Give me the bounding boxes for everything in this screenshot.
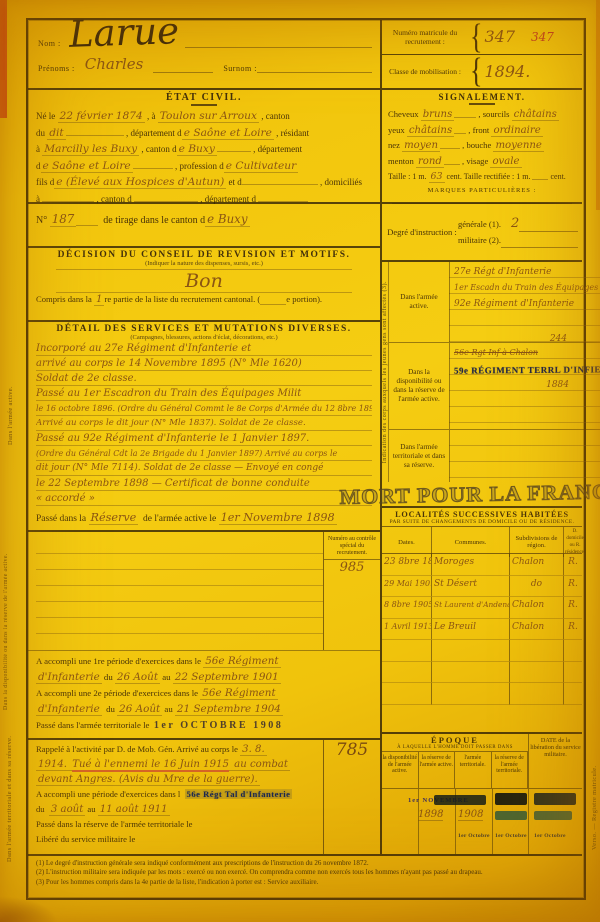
localites-cell-dr: R. bbox=[564, 554, 582, 576]
text-segment: cent. bbox=[548, 172, 565, 181]
degre-generale-value: 2 bbox=[511, 216, 519, 232]
localites-cell-empty bbox=[432, 640, 510, 662]
localites-cell-subdivision: Chalon bbox=[510, 554, 564, 576]
text-segment: du bbox=[102, 672, 115, 682]
text-segment bbox=[76, 215, 98, 226]
localites-cell-commune: St Désert bbox=[432, 576, 510, 598]
localites-title-block: LOCALITÉS SUCCESSIVES HABITÉES PAR SUITE… bbox=[382, 508, 582, 527]
signalement-row: menton rond , visage ovale bbox=[388, 154, 576, 170]
text-segment: au bbox=[160, 672, 173, 682]
epoque-col-2: la réserve de l'armée active. bbox=[419, 752, 456, 788]
document-frame: Nom : Larue Prénoms : Charles Surnom : N… bbox=[26, 18, 586, 900]
tue-line: 1914. Tué à l'ennemi le 16 Juin 1915 au … bbox=[36, 757, 319, 772]
corps-territoriale: Dans l'armée territoriale et dans sa rés… bbox=[389, 430, 600, 482]
photo-edge bbox=[0, 0, 5, 80]
services-line: Passé au 1er Escadron du Train des Équip… bbox=[36, 386, 372, 401]
text-segment: Taille : 1 m. bbox=[388, 172, 429, 181]
text-segment: d'Infanterie bbox=[36, 671, 102, 684]
territoriale-text: Rappelé à l'activité par D. de Mob. Gén.… bbox=[28, 740, 323, 854]
ruled-blank-area bbox=[36, 538, 323, 646]
prenoms-value: Charles bbox=[85, 55, 144, 73]
obscured-stamp-green bbox=[534, 811, 572, 820]
corps-terr-entries bbox=[449, 430, 600, 482]
localites-cell-empty bbox=[564, 662, 582, 684]
text-segment: du bbox=[102, 704, 117, 714]
text-segment: au bbox=[85, 804, 97, 814]
text-segment: , visage bbox=[460, 156, 491, 166]
text-segment: , département d bbox=[124, 128, 182, 138]
corps-side-strip: Indication des corps auxquels les jeunes… bbox=[382, 262, 389, 482]
text-segment: au bbox=[162, 704, 175, 714]
octobre-stamp: 1er Octobre bbox=[495, 833, 527, 839]
text-segment: 187 bbox=[50, 212, 77, 227]
margin-label-armee-active: Dans l'armée active. bbox=[7, 332, 14, 500]
text-segment bbox=[242, 174, 318, 185]
right-column: SIGNALEMENT. Cheveux bruns , sourcils ch… bbox=[380, 90, 582, 854]
text-segment: re partie de la liste du recrutement can… bbox=[104, 294, 260, 304]
matricule-value-red: 347 bbox=[531, 30, 554, 44]
section-degre-instruction: Degré d'instruction : générale (1). 2 mi… bbox=[382, 202, 582, 260]
tirage-line: N° 187 de tirage dans le canton de Buxy bbox=[36, 212, 372, 226]
text-segment: de l'armée active le bbox=[138, 514, 218, 524]
section-periodes: A accompli une 1re période d'exercices d… bbox=[28, 650, 380, 738]
obscured-stamp-green bbox=[495, 811, 527, 820]
text-segment: , bouche bbox=[460, 140, 493, 150]
text-segment: du bbox=[36, 128, 47, 138]
text-segment: d bbox=[36, 161, 41, 171]
numero-rappel-column: 785 bbox=[323, 740, 380, 854]
text-segment: e Buxy bbox=[205, 212, 249, 227]
text-segment bbox=[454, 107, 476, 118]
degre-militaire-label: militaire (2). bbox=[458, 232, 501, 248]
text-segment: ovale bbox=[490, 156, 521, 168]
text-segment: , canton bbox=[259, 111, 290, 121]
passe-reserve-line: Passé dans la Réserve de l'armée active … bbox=[28, 506, 380, 530]
numero-controle-header: Numéro au contrôle spécial du recrutemen… bbox=[324, 532, 380, 560]
epoque-col-1: la disponibilité de l'armée active. bbox=[382, 752, 419, 788]
localites-title: LOCALITÉS SUCCESSIVES HABITÉES bbox=[382, 510, 582, 519]
localites-cell-dr: R. bbox=[564, 619, 582, 641]
text-segment: yeux bbox=[388, 125, 407, 135]
epoque-header: ÉPOQUE À LAQUELLE L'HOMME DOIT PASSER DA… bbox=[382, 734, 582, 788]
obscured-stamp bbox=[434, 795, 486, 805]
obscured-stamp bbox=[495, 793, 527, 805]
text-segment: 21 Septembre 1904 bbox=[175, 703, 283, 716]
footnotes: (1) Le degré d'instruction générale sera… bbox=[28, 854, 582, 898]
photo-edge bbox=[596, 0, 600, 210]
localites-cell-empty bbox=[432, 683, 510, 705]
decision-value: Bon bbox=[56, 269, 352, 293]
text-segment: 26 Août bbox=[117, 703, 162, 716]
etat-civil-line: à Marcilly les Buxy , canton de Buxy , d… bbox=[36, 141, 372, 158]
corps-active-label: Dans l'armée active. bbox=[389, 293, 449, 311]
corps-entry: 92e Régiment d'Infanterie bbox=[454, 296, 600, 312]
text-segment: 26 Août bbox=[115, 671, 160, 684]
corps-entry: 56e Rgt Inf à Chalon bbox=[454, 345, 600, 361]
text-segment: devant Angres. (Avis du Mre de la guerre… bbox=[36, 774, 260, 786]
matricule-box: Numéro matricule du recrutement : { 347 … bbox=[382, 20, 582, 55]
epoque-header-left: ÉPOQUE À LAQUELLE L'HOMME DOIT PASSER DA… bbox=[382, 734, 528, 788]
localites-cell-subdivision: Chalon bbox=[510, 597, 564, 619]
text-segment: e Saône et Loire bbox=[41, 159, 133, 173]
text-segment: 1er OCTOBRE 1908 bbox=[154, 720, 284, 731]
libere-label: Libéré du service militaire le bbox=[36, 832, 319, 847]
nom-row: Nom : Larue bbox=[38, 26, 372, 48]
degre-generale-label: générale (1). bbox=[458, 216, 501, 232]
localites-body: 23 8bre 1898 Moroges Chalon R. 29 Mai 19… bbox=[382, 554, 582, 732]
text-segment bbox=[444, 154, 460, 165]
classe-label: Classe de mobilisation : bbox=[382, 67, 468, 76]
epoque-body: 1er NOVEMBRE 1898 1908 1er Octobre 1er O… bbox=[382, 788, 582, 854]
localites-cell-empty bbox=[382, 640, 432, 662]
text-segment bbox=[134, 191, 198, 202]
surnom-label: Surnom : bbox=[223, 64, 257, 73]
decision-title: DÉCISION DU CONSEIL DE REVISION ET MOTIF… bbox=[36, 250, 372, 260]
section-disponibilite: Numéro au contrôle spécial du recrutemen… bbox=[28, 530, 380, 650]
text-segment bbox=[532, 169, 548, 180]
services-line: (Ordre du Général Cdt la 2e Brigade du 1… bbox=[36, 446, 372, 461]
text-segment bbox=[217, 141, 251, 152]
services-line: Soldat de 2e classe. bbox=[36, 371, 372, 386]
matricule-label: Numéro matricule du recrutement : bbox=[382, 28, 468, 46]
corps-entry: 1er Escadn du Train des Équipages bbox=[454, 280, 600, 296]
text-segment: bruns bbox=[421, 109, 455, 121]
localites-cell-date: 8 8bre 1905 bbox=[382, 597, 432, 619]
text-segment: Tué à l'ennemi le 16 Juin 1915 bbox=[72, 759, 229, 772]
periode-territoriale-line: A accompli une période d'exercices dans … bbox=[36, 787, 319, 802]
text-segment: Passé dans l'armée territoriale le bbox=[36, 720, 154, 730]
passe-reserve-territoriale-label: Passé dans la réserve de l'armée territo… bbox=[36, 817, 319, 832]
margin-label-disponibilite: Dans la disponibilité ou dans la réserve… bbox=[3, 518, 9, 746]
decision-subtitle: (Indiquer la nature des dispenses, sursi… bbox=[36, 260, 372, 267]
text-segment: e portion). bbox=[286, 294, 322, 304]
text-segment: moyen bbox=[402, 140, 440, 152]
section-epoque: ÉPOQUE À LAQUELLE L'HOMME DOIT PASSER DA… bbox=[382, 732, 582, 854]
divider bbox=[191, 104, 217, 106]
text-segment: e Saône et Loire bbox=[182, 126, 274, 140]
localites-col-subdivisions: Subdivisions de région. bbox=[510, 527, 564, 557]
obscured-stamp bbox=[534, 793, 576, 805]
text-segment: du bbox=[36, 804, 49, 814]
text-segment: N° bbox=[36, 215, 50, 226]
rule-line bbox=[501, 235, 578, 248]
etat-civil-line: du dit , département de Saône et Loire ,… bbox=[36, 125, 372, 142]
localites-cell-empty bbox=[564, 683, 582, 705]
nom-label: Nom : bbox=[38, 39, 61, 48]
rule-line bbox=[185, 35, 372, 48]
text-segment: 3. 8. bbox=[240, 744, 267, 756]
etat-civil-line: de Saône et Loire , profession de Cultiv… bbox=[36, 158, 372, 175]
localites-cell-date: 1 Avril 1913 bbox=[382, 619, 432, 641]
signalement-row: yeux châtains , front ordinaire bbox=[388, 123, 576, 139]
nom-value: Larue bbox=[68, 16, 179, 50]
localites-cell-dr: R. bbox=[564, 597, 582, 619]
localites-cell-date: 29 Mai 1901 bbox=[382, 576, 432, 598]
periode-line: A accompli une 2e période d'exercices da… bbox=[36, 685, 372, 701]
localites-cell-subdivision: Chalon bbox=[510, 619, 564, 641]
prenoms-label: Prénoms : bbox=[38, 64, 75, 73]
text-segment: Rappelé à l'activité par D. de Mob. Gén.… bbox=[36, 744, 240, 754]
text-segment: A accompli une 1re période d'exercices d… bbox=[36, 656, 203, 666]
marques-label: MARQUES PARTICULIÈRES : bbox=[388, 187, 576, 194]
epoque-subtitle: À LAQUELLE L'HOMME DOIT PASSER DANS bbox=[382, 745, 528, 752]
services-subtitle: (Campagnes, blessures, actions d'éclat, … bbox=[36, 334, 372, 341]
services-line: Incorporé au 27e Régiment d'Infanterie e… bbox=[36, 341, 372, 356]
localites-col-dates: Dates. bbox=[382, 527, 432, 557]
classe-box: Classe de mobilisation : { 1894. bbox=[382, 55, 582, 89]
localites-subtitle: PAR SUITE DE CHANGEMENTS DE DOMICILE OU … bbox=[382, 519, 582, 525]
rappel-line: Rappelé à l'activité par D. de Mob. Gén.… bbox=[36, 742, 319, 757]
text-segment: , domiciliés bbox=[318, 177, 362, 187]
corps-active-entries: 27e Régt d'Infanterie 1er Escadn du Trai… bbox=[449, 262, 600, 342]
localites-header-row: Dates. Communes. Subdivisions de région.… bbox=[382, 527, 582, 554]
text-segment: fils d bbox=[36, 177, 54, 187]
rule-line bbox=[257, 60, 372, 73]
signalement-taille-row: Taille : 1 m. 63 cent. Taille rectifiée … bbox=[388, 169, 576, 185]
table-rule bbox=[492, 789, 493, 854]
octobre-stamp: 1er Octobre bbox=[458, 833, 490, 839]
corps-main: Dans l'armée active. 27e Régt d'Infanter… bbox=[389, 262, 600, 482]
text-segment: , département bbox=[251, 144, 302, 154]
text-segment bbox=[440, 138, 460, 149]
services-line: le 16 octobre 1896. (Ordre du Général Co… bbox=[36, 401, 372, 416]
localites-cell-empty bbox=[510, 662, 564, 684]
section-territoriale: Rappelé à l'activité par D. de Mob. Gén.… bbox=[28, 738, 380, 854]
text-segment: 56e Régiment bbox=[203, 655, 280, 668]
table-rule bbox=[528, 789, 529, 854]
text-segment: e Buxy bbox=[177, 142, 217, 156]
text-segment: , canton d bbox=[139, 144, 177, 154]
signalement-title: SIGNALEMENT. bbox=[388, 92, 576, 102]
localites-col-dr: D. domicile ou R. résidence. bbox=[564, 527, 586, 557]
divider bbox=[469, 103, 495, 105]
text-segment: d'Infanterie bbox=[36, 703, 102, 716]
footnote-2: (2) L'instruction militaire sera indiqué… bbox=[36, 868, 574, 877]
services-line: le 22 Septembre 1898 — Certificat de bon… bbox=[36, 476, 372, 491]
text-segment: ordinaire bbox=[491, 125, 542, 137]
text-segment bbox=[133, 158, 173, 169]
periode-line: d'Infanterie du 26 Août au 21 Septembre … bbox=[36, 701, 372, 717]
localites-cell-commune: St Laurent d'Andenay bbox=[432, 597, 510, 619]
text-segment: et d bbox=[226, 177, 242, 187]
text-segment bbox=[66, 125, 124, 136]
text-segment: Passé dans la bbox=[36, 514, 89, 524]
text-segment: cent. Taille rectifiée : 1 m. bbox=[445, 172, 533, 181]
text-segment bbox=[260, 294, 286, 305]
numero-rappel-value: 785 bbox=[324, 740, 380, 760]
corps-dispo-label: Dans la disponibilité ou dans la réserve… bbox=[389, 368, 449, 404]
signalement-row: nez moyen , bouche moyenne bbox=[388, 138, 576, 154]
text-segment: 56e Régt Tal d'Infanterie bbox=[185, 789, 293, 799]
services-title: DÉTAIL DES SERVICES ET MUTATIONS DIVERSE… bbox=[36, 324, 372, 334]
localites-cell-empty bbox=[510, 640, 564, 662]
text-segment: 3 août bbox=[49, 804, 85, 816]
footnote-1: (1) Le degré d'instruction générale sera… bbox=[36, 859, 574, 868]
corps-side-label: Indication des corps auxquels les jeunes… bbox=[382, 281, 388, 463]
periode-line: d'Infanterie du 26 Août au 22 Septembre … bbox=[36, 669, 372, 685]
photo-edge bbox=[0, 0, 7, 118]
localites-cell-empty bbox=[564, 640, 582, 662]
rule-line bbox=[519, 219, 578, 232]
document-page: Dans l'armée active. Dans la disponibili… bbox=[0, 0, 600, 922]
services-line: arrivé au corps le 14 Novembre 1895 (N° … bbox=[36, 356, 372, 371]
text-segment: 22 février 1874 bbox=[58, 109, 145, 123]
services-line: dit jour (N° Mle 7114). Soldat de 2e cla… bbox=[36, 461, 372, 476]
section-etat-civil: ÉTAT CIVIL. Né le 22 février 1874 , à To… bbox=[28, 90, 380, 202]
prenoms-row: Prénoms : Charles Surnom : bbox=[38, 55, 372, 73]
numero-controle-column: Numéro au contrôle spécial du recrutemen… bbox=[323, 532, 380, 650]
services-line: Arrivé au corps le dit jour (N° Mle 1837… bbox=[36, 416, 372, 431]
passe-territoriale-line: Passé dans l'armée territoriale le 1er O… bbox=[36, 717, 372, 734]
text-segment: 11 août 1911 bbox=[98, 804, 170, 816]
text-segment: 1914. bbox=[36, 759, 72, 771]
epoque-columns: la disponibilité de l'armée active. la r… bbox=[382, 752, 528, 788]
text-segment: menton bbox=[388, 156, 416, 166]
etat-civil-title: ÉTAT CIVIL. bbox=[36, 92, 372, 103]
mort-stamp-text: MORT POUR LA FRANCE bbox=[339, 479, 600, 510]
localites-cell-date: 23 8bre 1898 bbox=[382, 554, 432, 576]
localites-cell-dr: R. bbox=[564, 576, 582, 598]
numero-controle-value: 985 bbox=[324, 560, 380, 575]
footnote-3: (3) Pour les hommes compris dans la 4e p… bbox=[36, 878, 574, 887]
epoque-1898: 1898 bbox=[418, 809, 443, 821]
periode-territoriale-dates: du 3 août au 11 août 1911 bbox=[36, 802, 319, 817]
localites-cell-empty bbox=[510, 683, 564, 705]
text-segment: rond bbox=[416, 156, 444, 168]
localites-cell-empty bbox=[382, 662, 432, 684]
corps-active-numero: 244 bbox=[550, 334, 567, 344]
text-segment: e Cultivateur bbox=[224, 159, 298, 173]
regiment-59-stamp: 59e RÉGIMENT TERRL D'INFIE bbox=[454, 364, 600, 375]
text-segment: au combat bbox=[229, 759, 290, 771]
text-segment: nez bbox=[388, 140, 402, 150]
section-services: DÉTAIL DES SERVICES ET MUTATIONS DIVERSE… bbox=[28, 320, 380, 506]
text-segment: 1er Novembre 1898 bbox=[219, 511, 337, 525]
signalement-row: Cheveux bruns , sourcils châtains bbox=[388, 107, 576, 123]
regiment-59-numero: 1884 bbox=[546, 380, 569, 390]
mort-pour-la-france-stamp: MORT POUR LA FRANCE bbox=[382, 482, 582, 506]
services-text: Incorporé au 27e Régiment d'Infanterie e… bbox=[36, 341, 372, 506]
text-segment: Toulon sur Arroux bbox=[158, 109, 259, 123]
localites-cell-empty bbox=[382, 683, 432, 705]
text-segment: , à bbox=[145, 111, 158, 121]
text-segment: , sourcils bbox=[476, 109, 511, 119]
text-segment: , résidant bbox=[274, 128, 309, 138]
etat-civil-line: Né le 22 février 1874 , à Toulon sur Arr… bbox=[36, 108, 372, 125]
text-segment bbox=[42, 191, 94, 202]
epoque-title: ÉPOQUE bbox=[382, 734, 528, 745]
localites-cell-subdivision: do bbox=[510, 576, 564, 598]
header-identity: Nom : Larue Prénoms : Charles Surnom : bbox=[28, 20, 380, 90]
brace-glyph: { bbox=[470, 51, 482, 92]
text-segment: châtains bbox=[512, 109, 559, 121]
text-segment bbox=[454, 123, 466, 134]
text-segment: moyenne bbox=[493, 140, 543, 152]
tue-line-2: devant Angres. (Avis du Mre de la guerre… bbox=[36, 772, 319, 787]
rule-line bbox=[153, 60, 213, 73]
text-segment: Cheveux bbox=[388, 109, 421, 119]
decision-compris: Compris dans la 1re partie de la liste d… bbox=[36, 294, 372, 305]
corps-entry: 27e Régt d'Infanterie bbox=[454, 264, 600, 280]
section-localites: LOCALITÉS SUCCESSIVES HABITÉES PAR SUITE… bbox=[382, 506, 582, 732]
margin-label-territoriale: Dans l'armée territoriale et dans sa rés… bbox=[6, 734, 13, 864]
octobre-stamp: 1er Octobre bbox=[534, 833, 566, 839]
degre-label: Degré d'instruction : bbox=[386, 227, 458, 238]
epoque-date-col: DATE de la libération du service militai… bbox=[528, 734, 582, 788]
text-segment: Né le bbox=[36, 111, 58, 121]
section-tirage: N° 187 de tirage dans le canton de Buxy bbox=[28, 202, 380, 246]
localites-cell-commune: Moroges bbox=[432, 554, 510, 576]
periode-line: A accompli une 1re période d'exercices d… bbox=[36, 653, 372, 669]
left-column: ÉTAT CIVIL. Né le 22 février 1874 , à To… bbox=[28, 90, 380, 854]
epoque-col-3: l'armée territoriale. bbox=[455, 752, 492, 788]
text-segment: Compris dans la bbox=[36, 294, 94, 304]
text-segment: , profession d bbox=[173, 161, 224, 171]
corps-armee-active: Dans l'armée active. 27e Régt d'Infanter… bbox=[389, 262, 600, 343]
corps-terr-label: Dans l'armée territoriale et dans sa rés… bbox=[389, 443, 449, 470]
corps-dispo-entries: 56e Rgt Inf à Chalon 59e RÉGIMENT TERRL … bbox=[449, 343, 600, 429]
services-line: « accordé » bbox=[36, 491, 372, 506]
text-segment: , front bbox=[466, 125, 491, 135]
text-segment: 22 Septembre 1901 bbox=[173, 671, 281, 684]
text-segment: Marcilly les Buxy bbox=[42, 142, 139, 156]
etat-civil-line: fils de (Élevé aux Hospices d'Autun) et … bbox=[36, 174, 372, 191]
localites-cell-commune: Le Breuil bbox=[432, 619, 510, 641]
text-segment: dit bbox=[47, 126, 65, 140]
epoque-col-4: la réserve de l'armée territoriale. bbox=[492, 752, 529, 788]
classe-value: 1894. bbox=[484, 62, 530, 81]
matricule-value: 347 bbox=[484, 27, 515, 46]
text-segment: A accompli une 2e période d'exercices da… bbox=[36, 688, 200, 698]
section-signalement: SIGNALEMENT. Cheveux bruns , sourcils ch… bbox=[382, 90, 582, 202]
localites-cell-empty bbox=[432, 662, 510, 684]
text-segment: 56e Régiment bbox=[200, 687, 277, 700]
section-decision: DÉCISION DU CONSEIL DE REVISION ET MOTIF… bbox=[28, 246, 380, 320]
text-segment: de tirage dans le canton d bbox=[98, 215, 205, 226]
text-segment: châtains bbox=[407, 125, 454, 137]
degre-values: générale (1). 2 militaire (2). bbox=[458, 216, 578, 248]
text-segment: Réserve bbox=[89, 511, 139, 525]
text-segment: e (Élevé aux Hospices d'Autun) bbox=[54, 175, 226, 189]
localites-col-communes: Communes. bbox=[432, 527, 510, 557]
text-segment bbox=[258, 191, 308, 202]
text-segment: 1 bbox=[94, 294, 104, 306]
margin-label-verso: Verso. — Registre matricule. bbox=[591, 742, 598, 874]
text-segment: A accompli une période d'exercices dans … bbox=[36, 789, 185, 799]
epoque-1908: 1908 bbox=[458, 809, 483, 821]
header-matricule: Numéro matricule du recrutement : { 347 … bbox=[380, 20, 582, 90]
services-line: Passé au 92e Régiment d'Infanterie le 1 … bbox=[36, 431, 372, 446]
section-corps-affectation: Indication des corps auxquels les jeunes… bbox=[382, 260, 582, 482]
text-segment: 63 bbox=[429, 171, 445, 183]
